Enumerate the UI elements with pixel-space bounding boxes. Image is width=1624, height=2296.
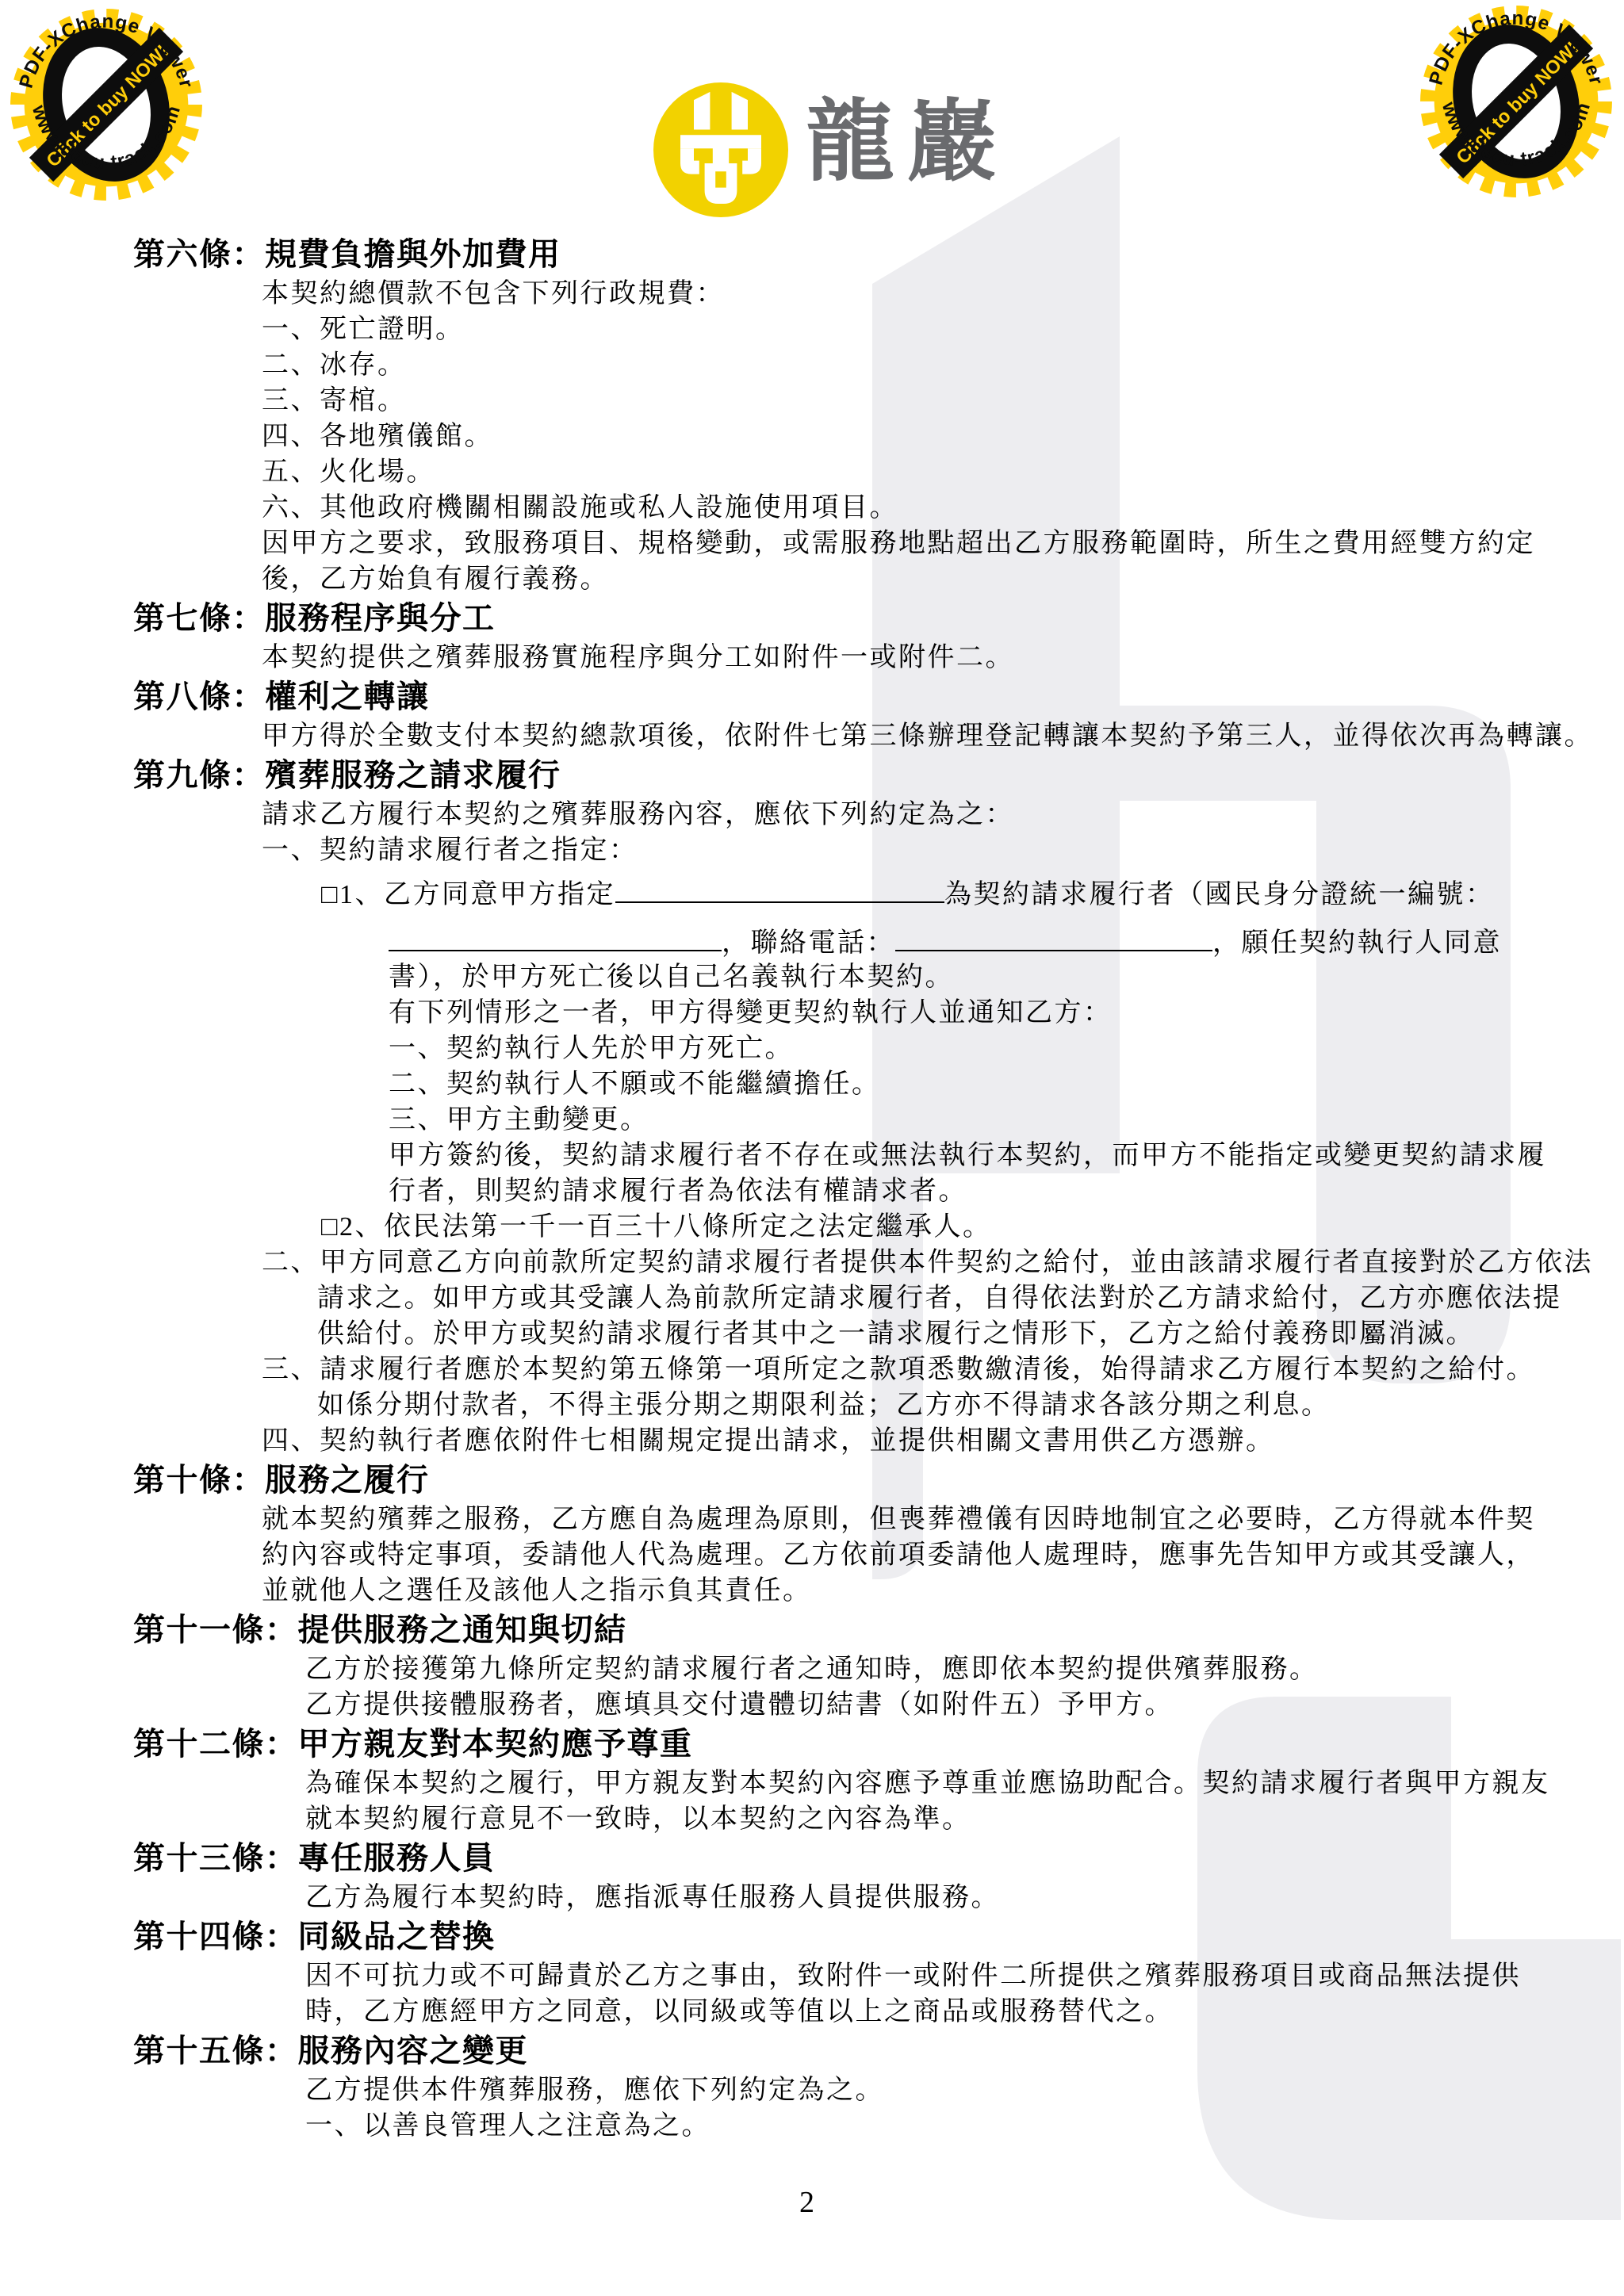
text-run: 第十三條：專任服務人員	[133, 1841, 496, 1876]
article-heading: 第九條：殯葬服務之請求履行	[133, 756, 561, 794]
text-run: 三、甲方主動變更。	[389, 1105, 649, 1135]
text-run: 第七條：服務程序與分工	[133, 601, 496, 636]
document-line: 三、請求履行者應於本契約第五條第一項所定之款項悉數繳清後，始得請求乙方履行本契約…	[262, 1354, 1535, 1387]
document-line: 二、契約執行人不願或不能繼續擔任。	[389, 1069, 881, 1101]
document-line: 請求乙方履行本契約之殯葬服務內容，應依下列約定為之：	[262, 799, 1014, 832]
text-run: 第十一條：提供服務之通知與切結	[133, 1613, 627, 1647]
article-heading: 第十四條：同級品之替換	[133, 1918, 496, 1956]
blank-field	[615, 878, 944, 903]
text-run: 就本契約履行意見不一致時，以本契約之內容為準。	[305, 1804, 971, 1834]
text-run: 甲方簽約後，契約請求履行者不存在或無法執行本契約，而甲方不能指定或變更契約請求履	[389, 1141, 1546, 1170]
contract-text-block: 第六條：規費負擔與外加費用本契約總價款不包含下列行政規費：一、死亡證明。二、冰存…	[0, 0, 1624, 2296]
document-line: 為確保本契約之履行，甲方親友對本契約內容應予尊重並應協助配合。契約請求履行者與甲…	[305, 1768, 1550, 1800]
document-line: 一、以善良管理人之注意為之。	[305, 2110, 710, 2143]
text-run: 因不可抗力或不可歸責於乙方之事由，致附件一或附件二所提供之殯葬服務項目或商品無法…	[305, 1961, 1521, 1991]
form-line: □1、乙方同意甲方指定為契約請求履行者（國民身分證統一編號：	[321, 878, 1495, 912]
text-run: 為確保本契約之履行，甲方親友對本契約內容應予尊重並應協助配合。契約請求履行者與甲…	[305, 1769, 1550, 1798]
text-run: 請求之。如甲方或其受讓人為前款所定請求履行者，自得依法對於乙方請求給付，乙方亦應…	[317, 1284, 1562, 1313]
text-run: 本契約提供之殯葬服務實施程序與分工如附件一或附件二。	[262, 643, 1014, 672]
document-line: 甲方簽約後，契約請求履行者不存在或無法執行本契約，而甲方不能指定或變更契約請求履	[389, 1140, 1546, 1173]
text-run: 本契約總價款不包含下列行政規費：	[262, 279, 725, 308]
document-line: 因不可抗力或不可歸責於乙方之事由，致附件一或附件二所提供之殯葬服務項目或商品無法…	[305, 1961, 1521, 1993]
document-line: 時，乙方應經甲方之同意，以同級或等值以上之商品或服務替代之。	[305, 1996, 1174, 2029]
document-line: 三、甲方主動變更。	[389, 1104, 649, 1137]
text-run: 第八條：權利之轉讓	[133, 679, 430, 714]
document-line: 二、冰存。	[262, 350, 407, 382]
document-line: 三、寄棺。	[262, 385, 407, 418]
document-line: 就本契約履行意見不一致時，以本契約之內容為準。	[305, 1804, 971, 1836]
document-line: 乙方於接獲第九條所定契約請求履行者之通知時，應即依本契約提供殯葬服務。	[305, 1654, 1319, 1686]
form-line: ，聯絡電話：，願任契約執行人同意	[389, 926, 1502, 960]
text-run: 一、以善良管理人之注意為之。	[305, 2111, 710, 2141]
text-run: 五、火化場。	[262, 457, 435, 487]
page-root: { "brand": { "logo_text": "龍巖" }, "viewe…	[0, 0, 1624, 2296]
text-run: 二、契約執行人不願或不能繼續擔任。	[389, 1070, 881, 1099]
document-line: 甲方得於全數支付本契約總款項後，依附件七第三條辦理登記轉讓本契約予第三人，並得依…	[262, 721, 1593, 753]
document-line: 後，乙方始負有履行義務。	[262, 564, 609, 596]
text-run: 四、各地殯儀館。	[262, 422, 493, 451]
text-run: 六、其他政府機關相關設施或私人設施使用項目。	[262, 493, 898, 522]
document-line: 一、契約請求履行者之指定：	[262, 835, 638, 867]
text-run: 二、冰存。	[262, 350, 407, 380]
form-line: □2、依民法第一千一百三十八條所定之法定繼承人。	[321, 1211, 992, 1244]
text-run: 請求乙方履行本契約之殯葬服務內容，應依下列約定為之：	[262, 800, 1014, 829]
document-line: 本契約總價款不包含下列行政規費：	[262, 278, 725, 311]
article-heading: 第七條：服務程序與分工	[133, 599, 496, 637]
article-heading: 第六條：規費負擔與外加費用	[133, 235, 561, 274]
document-line: 乙方提供本件殯葬服務，應依下列約定為之。	[305, 2075, 884, 2107]
text-run: 第十條：服務之履行	[133, 1463, 430, 1498]
text-run: 第六條：規費負擔與外加費用	[133, 237, 561, 272]
document-line: 乙方為履行本契約時，應指派專任服務人員提供服務。	[305, 1882, 1000, 1915]
text-run: □2、依民法第一千一百三十八條所定之法定繼承人。	[321, 1212, 992, 1242]
text-run: 並就他人之選任及該他人之指示負其責任。	[262, 1576, 812, 1605]
text-run: □1、乙方同意甲方指定	[321, 880, 615, 909]
text-run: 二、甲方同意乙方向前款所定契約請求履行者提供本件契約之給付，並由該請求履行者直接…	[262, 1248, 1593, 1277]
document-line: 一、契約執行人先於甲方死亡。	[389, 1033, 794, 1066]
document-line: 六、其他政府機關相關設施或私人設施使用項目。	[262, 492, 898, 525]
blank-field	[389, 926, 722, 951]
article-heading: 第十一條：提供服務之通知與切結	[133, 1611, 627, 1649]
document-line: 如係分期付款者，不得主張分期之期限利益；乙方亦不得請求各該分期之利息。	[317, 1390, 1331, 1422]
text-run: 乙方提供本件殯葬服務，應依下列約定為之。	[305, 2076, 884, 2105]
document-line: 就本契約殯葬之服務，乙方應自為處理為原則，但喪葬禮儀有因時地制宜之必要時，乙方得…	[262, 1504, 1535, 1536]
article-heading: 第十二條：甲方親友對本契約應予尊重	[133, 1725, 693, 1763]
text-run: 第十二條：甲方親友對本契約應予尊重	[133, 1727, 693, 1762]
text-run: ，願任契約執行人同意	[1212, 928, 1502, 958]
document-line: 因甲方之要求，致服務項目、規格變動，或需服務地點超出乙方服務範圍時，所生之費用經…	[262, 528, 1535, 561]
article-heading: 第十五條：服務內容之變更	[133, 2032, 528, 2070]
text-run: 三、請求履行者應於本契約第五條第一項所定之款項悉數繳清後，始得請求乙方履行本契約…	[262, 1355, 1535, 1384]
document-line: 本契約提供之殯葬服務實施程序與分工如附件一或附件二。	[262, 642, 1014, 675]
document-line: 四、契約執行者應依附件七相關規定提出請求，並提供相關文書用供乙方憑辦。	[262, 1425, 1275, 1458]
document-line: 有下列情形之一者，甲方得變更契約執行人並通知乙方：	[389, 997, 1113, 1030]
text-run: 行者，則契約請求履行者為依法有權請求者。	[389, 1177, 967, 1206]
document-line: 五、火化場。	[262, 457, 435, 489]
text-run: 有下列情形之一者，甲方得變更契約執行人並通知乙方：	[389, 998, 1113, 1027]
text-run: 書），於甲方死亡後以自己名義執行本契約。	[389, 962, 954, 992]
document-line: 供給付。於甲方或契約請求履行者其中之一請求履行之情形下，乙方之給付義務即屬消滅。	[317, 1318, 1475, 1351]
blank-field	[895, 926, 1212, 951]
text-run: 第十四條：同級品之替換	[133, 1919, 496, 1954]
text-run: 約內容或特定事項，委請他人代為處理。乙方依前項委請他人處理時，應事先告知甲方或其…	[262, 1540, 1535, 1570]
article-heading: 第十三條：專任服務人員	[133, 1839, 496, 1877]
text-run: 如係分期付款者，不得主張分期之期限利益；乙方亦不得請求各該分期之利息。	[317, 1391, 1331, 1420]
text-run: 乙方於接獲第九條所定契約請求履行者之通知時，應即依本契約提供殯葬服務。	[305, 1655, 1319, 1684]
document-line: 一、死亡證明。	[262, 314, 465, 346]
document-line: 書），於甲方死亡後以自己名義執行本契約。	[389, 962, 954, 994]
text-run: 時，乙方應經甲方之同意，以同級或等值以上之商品或服務替代之。	[305, 1997, 1174, 2026]
pdf-xchange-stamp-top-right[interactable]	[1416, 2, 1616, 201]
page-number: 2	[799, 2185, 814, 2220]
text-run: 就本契約殯葬之服務，乙方應自為處理為原則，但喪葬禮儀有因時地制宜之必要時，乙方得…	[262, 1505, 1535, 1534]
text-run: 因甲方之要求，致服務項目、規格變動，或需服務地點超出乙方服務範圍時，所生之費用經…	[262, 529, 1535, 558]
text-run: 乙方提供接體服務者，應填具交付遺體切結書（如附件五）予甲方。	[305, 1690, 1174, 1720]
document-line: 二、甲方同意乙方向前款所定契約請求履行者提供本件契約之給付，並由該請求履行者直接…	[262, 1247, 1593, 1280]
text-run: 一、契約執行人先於甲方死亡。	[389, 1034, 794, 1063]
document-line: 乙方提供接體服務者，應填具交付遺體切結書（如附件五）予甲方。	[305, 1689, 1174, 1722]
text-run: 第十五條：服務內容之變更	[133, 2034, 528, 2068]
text-run: 為契約請求履行者（國民身分證統一編號：	[944, 880, 1495, 909]
text-run: 一、契約請求履行者之指定：	[262, 836, 638, 865]
article-heading: 第十條：服務之履行	[133, 1461, 430, 1499]
text-run: 乙方為履行本契約時，應指派專任服務人員提供服務。	[305, 1883, 1000, 1912]
document-line: 請求之。如甲方或其受讓人為前款所定請求履行者，自得依法對於乙方請求給付，乙方亦應…	[317, 1283, 1562, 1315]
text-run: 四、契約執行者應依附件七相關規定提出請求，並提供相關文書用供乙方憑辦。	[262, 1426, 1275, 1456]
document-line: 四、各地殯儀館。	[262, 421, 493, 453]
text-run: 甲方得於全數支付本契約總款項後，依附件七第三條辦理登記轉讓本契約予第三人，並得依…	[262, 721, 1593, 751]
text-run: 三、寄棺。	[262, 386, 407, 415]
pdf-xchange-stamp-top-left[interactable]	[6, 5, 206, 205]
document-line: 行者，則契約請求履行者為依法有權請求者。	[389, 1176, 967, 1208]
text-run: 供給付。於甲方或契約請求履行者其中之一請求履行之情形下，乙方之給付義務即屬消滅。	[317, 1319, 1475, 1349]
document-line: 並就他人之選任及該他人之指示負其責任。	[262, 1575, 812, 1608]
text-run: 一、死亡證明。	[262, 315, 465, 344]
text-run: ，聯絡電話：	[722, 928, 895, 958]
text-run: 後，乙方始負有履行義務。	[262, 564, 609, 594]
document-line: 約內容或特定事項，委請他人代為處理。乙方依前項委請他人處理時，應事先告知甲方或其…	[262, 1540, 1535, 1572]
article-heading: 第八條：權利之轉讓	[133, 678, 430, 716]
text-run: 第九條：殯葬服務之請求履行	[133, 758, 561, 793]
